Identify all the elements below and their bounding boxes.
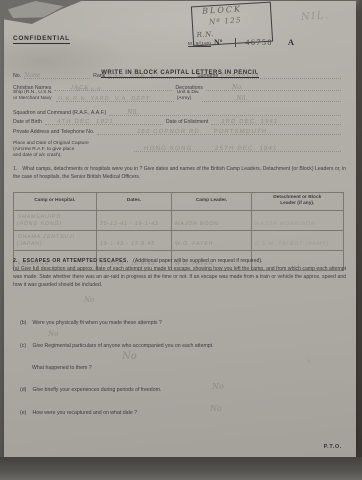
dob-value: 4TH DEC. 1921 [56, 119, 113, 125]
question-c-text: Give Regimental particulars of anyone wh… [32, 343, 213, 349]
section-2-heading: 2. ESCAPES OR ATTEMPTED ESCAPES. (Additi… [13, 258, 263, 264]
ship-value: H.K.R.N. YARD V.A. DEPT. [57, 96, 152, 102]
col-camp-or-hospital: Camp or Hospital. [14, 193, 97, 211]
rank-field: ENG. SUB. LT. [108, 70, 194, 79]
address-label: Private Address and Telephone No. [13, 129, 94, 135]
surname-value: FRANKLIN [221, 73, 260, 79]
pencil-mark: x [307, 358, 310, 365]
mi9-serial-row: M.I.9/(JAP) Nº 46758 A [188, 37, 294, 47]
serial-number: 46758 [245, 38, 273, 47]
answer-a: No [84, 296, 94, 304]
capture-label: Place and Date of Original Capture (Airc… [13, 141, 131, 159]
answer-c: No [122, 351, 137, 362]
nil-annotation: NIL. [301, 10, 330, 23]
block-leader-cell: C.S.M. TALBOT (ARMY) [254, 241, 329, 248]
enlistment-value: 3RD DEC. 1941 [221, 119, 279, 125]
no-label: No. [13, 73, 21, 79]
unit-div-field: Nil. [202, 93, 341, 102]
question-a-label: (a) [13, 266, 19, 272]
dates-cell: 19-1-43 - 17-5-45 [99, 241, 155, 248]
leader-cell: W.O. FAYER [175, 241, 214, 248]
answer-e: No [210, 404, 222, 413]
capture-field: HONG KONG 25TH DEC. 1941. [134, 141, 341, 152]
series-letter: A [288, 37, 294, 47]
mi9-department-label: M.I.9/(JAP) [188, 41, 211, 47]
question-a-text: Give full description and approx. date o… [13, 266, 346, 288]
stamp-block-word: BLOCK [202, 4, 242, 15]
dob-field: 4TH DEC. 1921 [45, 116, 163, 125]
confidential-label: CONFIDENTIAL [13, 35, 70, 44]
field-row-address: Private Address and Telephone No. 250 CO… [13, 126, 344, 135]
question-d-text: Give briefly your experiences during per… [32, 387, 161, 393]
paper-right-edge-shadow [356, 0, 362, 480]
rank-label: Rank [93, 73, 105, 79]
question-e: (e) How were you recaptured and on what … [20, 410, 137, 416]
question-d: (d) Give briefly your experiences during… [20, 387, 161, 393]
no-value: None [24, 72, 40, 79]
squadron-field: Nil. [109, 107, 341, 116]
question-c2-text: What happened to them ? [32, 365, 92, 371]
field-row-ship-unit: Ship (R.N., U.S.N. or Merchant Navy H.K.… [13, 90, 344, 102]
table-header-row: Camp or Hospital. Dates. Camp Leader. De… [14, 193, 344, 211]
col-block-leader: Detachment or Block Leader (if any). [251, 193, 343, 211]
answer-d: No [212, 382, 224, 391]
question-c: (c) Give Regimental particulars of anyon… [20, 343, 214, 349]
question-a: (a) Give full description and approx. da… [13, 266, 346, 290]
divider-line [235, 38, 236, 47]
enlistment-label: Date of Enlistment [166, 119, 208, 125]
block-leader-cell: MAJOR MORRISON. [254, 221, 318, 228]
rank-value: ENG. SUB. LT. [108, 73, 163, 79]
question-1-text: 1. What camps, detachments or hospitals … [13, 166, 346, 182]
capture-value: HONG KONG 25TH DEC. 1941. [144, 145, 281, 152]
camp-cell: OHAMA ZENTSUJI (JAPAN) [16, 234, 75, 248]
field-row-dates: Date of Birth 4TH DEC. 1921 Date of Enli… [13, 116, 344, 125]
ship-field: H.K.R.N. YARD V.A. DEPT. [56, 93, 174, 102]
answer-b: No [48, 330, 58, 338]
unit-div-label: Unit & Div. (Army) [177, 90, 200, 102]
address-value: 250 COPNOR RD. PORTSMOUTH [137, 129, 268, 135]
unit-div-value: Nil. [236, 95, 247, 102]
field-row-squadron: Squadron and Command (R.A.F., A.A.F.) Ni… [13, 107, 344, 116]
escapes-heading: ESCAPES OR ATTEMPTED ESCAPES. [23, 258, 129, 264]
table-row: OHAMA ZENTSUJI (JAPAN) 19-1-43 - 17-5-45… [14, 230, 344, 250]
question-e-text: How were you recaptured and on what date… [32, 410, 137, 416]
pto-label: P.T.O. [324, 444, 342, 450]
enlistment-field: 3RD DEC. 1941 [211, 116, 341, 125]
ship-label: Ship (R.N., U.S.N. or Merchant Navy [13, 90, 53, 102]
question-b: (b) Were you physically fit when you mad… [20, 320, 162, 326]
squadron-value: Nil. [127, 109, 138, 116]
address-field: 250 COPNOR RD. PORTSMOUTH [97, 126, 341, 135]
surname-label: Surname [197, 73, 218, 79]
question-d-label: (d) [20, 387, 31, 393]
table-row: SHAMSHUIPO (HONG KONG) 25-12-41 - 19-1-4… [14, 210, 344, 230]
surname-field: FRANKLIN [221, 70, 341, 79]
photo-background-bottom [0, 457, 362, 480]
field-row-identity: No. None Rank ENG. SUB. LT. Surname FRAN… [13, 70, 344, 79]
question-e-label: (e) [20, 410, 31, 416]
no-field: None [24, 70, 90, 79]
dob-label: Date of Birth [13, 119, 42, 125]
question-b-text: Were you physically fit when you made th… [32, 320, 161, 326]
col-dates: Dates. [96, 193, 172, 211]
leader-cell: MAJOR BOON [175, 221, 220, 228]
number-sign: Nº [214, 38, 222, 47]
stamp-block-number: Nº 125 [209, 15, 242, 26]
question-b-label: (b) [20, 320, 31, 326]
dates-cell: 25-12-41 - 19-1-43 [99, 221, 159, 228]
col-camp-leader: Camp Leader. [172, 193, 251, 211]
question-c-label: (c) [20, 343, 31, 349]
field-row-capture: Place and Date of Original Capture (Airc… [13, 141, 344, 159]
scanned-form-page: CONFIDENTIAL BLOCK Nº 125 R.N. M.I.9/(JA… [4, 1, 356, 457]
escapes-note: (Additional paper will be supplied on re… [133, 258, 262, 264]
camp-cell: SHAMSHUIPO (HONG KONG) [16, 214, 63, 228]
